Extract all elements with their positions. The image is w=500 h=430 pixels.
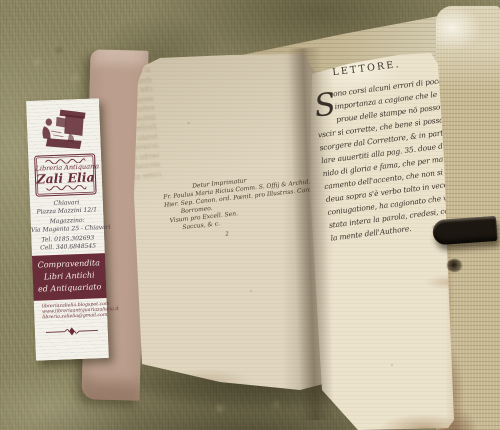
- shop-name: Zali Elia: [36, 170, 95, 186]
- card-flourish-icon: [43, 325, 99, 337]
- service-line: ed Antiquariato: [33, 281, 106, 296]
- card-cartouche: Libreria Antiquaria Zali Elia: [34, 153, 97, 196]
- metal-clasp: [432, 214, 500, 253]
- clasp-hole: [447, 259, 462, 272]
- web-line: libreria.zalielia@gmail.com: [42, 312, 99, 320]
- services-banner: Compravendita Libri Antichi ed Antiquari…: [32, 253, 107, 301]
- card-web-block: libreriazalielia.blogspot.com www.librer…: [42, 301, 100, 320]
- photo-stage: si legge nella presente parte doue si tr…: [0, 0, 500, 430]
- left-page: si legge nella presente parte doue si tr…: [130, 46, 325, 396]
- card-address-block: Chiavari Piazza Mazzini 12/1 Magazzino: …: [30, 198, 105, 252]
- printing-press-engraving-image: [38, 106, 90, 154]
- bookmark-card: Libreria Antiquaria Zali Elia Chiavari P…: [26, 98, 109, 361]
- metal-clasp-body: [432, 216, 498, 245]
- imprimatur-text: Detur Imprimatur Fr. Paulus Maria Ricius…: [162, 169, 327, 244]
